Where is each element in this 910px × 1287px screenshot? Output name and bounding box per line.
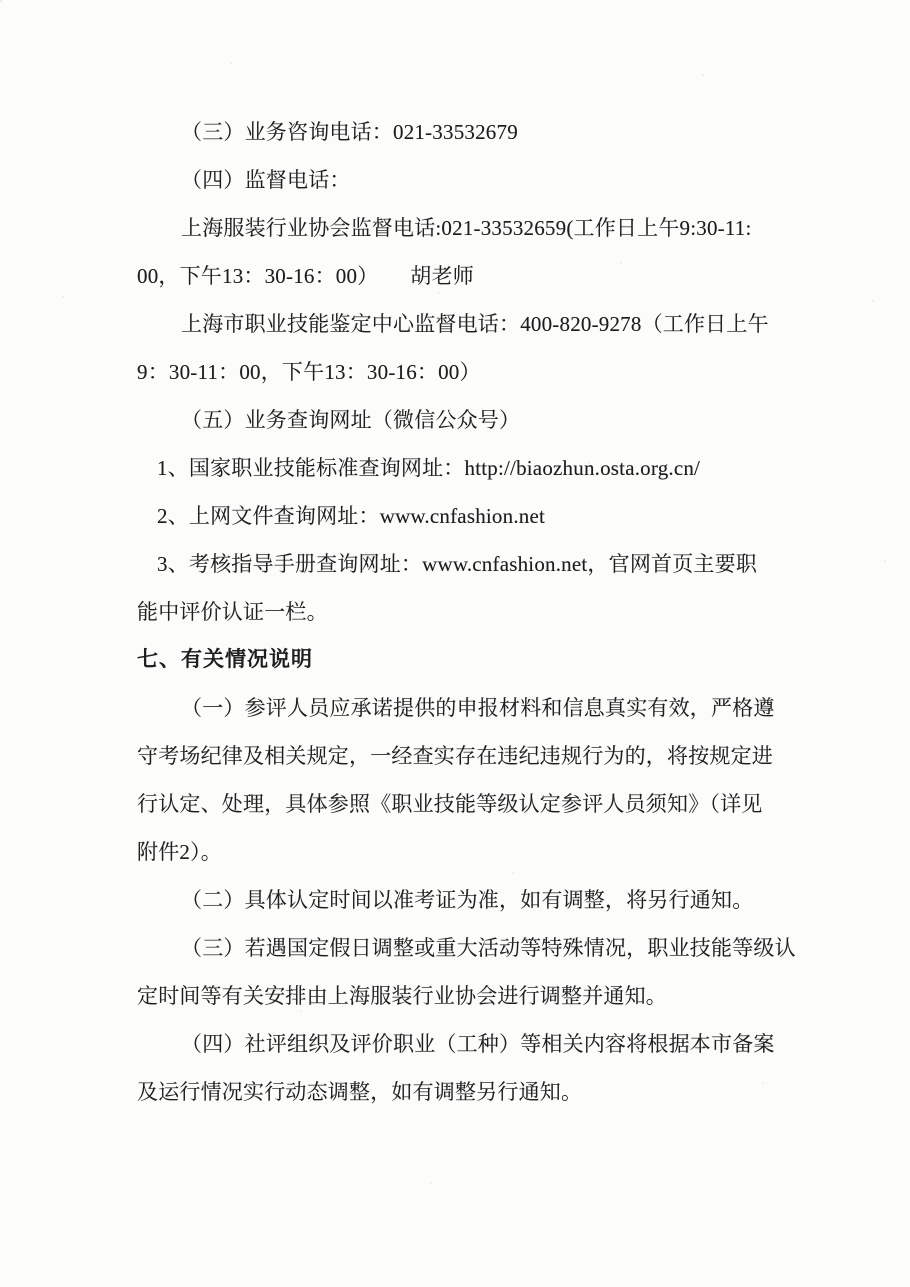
- document-body: （三）业务咨询电话：021-33532679（四）监督电话：上海服装行业协会监督…: [137, 108, 837, 1116]
- text-line: （四）社评组织及评价职业（工种）等相关内容将根据本市备案: [137, 1020, 837, 1068]
- text-line: （四）监督电话：: [137, 156, 837, 204]
- text-line: 行认定、处理，具体参照《职业技能等级认定参评人员须知》（详见: [137, 780, 837, 828]
- text-line: 守考场纪律及相关规定，一经查实存在违纪违规行为的，将按规定进: [137, 732, 837, 780]
- text-line: 上海市职业技能鉴定中心监督电话：400-820-9278（工作日上午: [137, 300, 837, 348]
- text-line: （二）具体认定时间以准考证为准，如有调整，将另行通知。: [137, 876, 837, 924]
- text-line: 上海服装行业协会监督电话:021-33532659(工作日上午9:30-11:: [137, 204, 837, 252]
- text-line: （三）业务咨询电话：021-33532679: [137, 108, 837, 156]
- scan-noise-speckles: [0, 0, 2, 2]
- text-line: （五）业务查询网址（微信公众号）: [137, 396, 837, 444]
- text-line: （三）若遇国定假日调整或重大活动等特殊情况，职业技能等级认: [137, 924, 837, 972]
- text-line: 3、考核指导手册查询网址：www.cnfashion.net，官网首页主要职: [137, 540, 837, 588]
- text-line: （一）参评人员应承诺提供的申报材料和信息真实有效，严格遵: [137, 684, 837, 732]
- text-line: 9：30-11：00，下午13：30-16：00）: [137, 348, 837, 396]
- text-line: 定时间等有关安排由上海服装行业协会进行调整并通知。: [137, 972, 837, 1020]
- text-line: 00，下午13：30-16：00） 胡老师: [137, 252, 837, 300]
- text-line: 1、国家职业技能标准查询网址：http://biaozhun.osta.org.…: [137, 444, 837, 492]
- section-heading: 七、有关情况说明: [137, 636, 837, 684]
- document-page: （三）业务咨询电话：021-33532679（四）监督电话：上海服装行业协会监督…: [0, 0, 910, 1287]
- text-line: 及运行情况实行动态调整，如有调整另行通知。: [137, 1068, 837, 1116]
- text-line: 附件2）。: [137, 828, 837, 876]
- text-line: 2、上网文件查询网址：www.cnfashion.net: [137, 492, 837, 540]
- text-line: 能中评价认证一栏。: [137, 588, 837, 636]
